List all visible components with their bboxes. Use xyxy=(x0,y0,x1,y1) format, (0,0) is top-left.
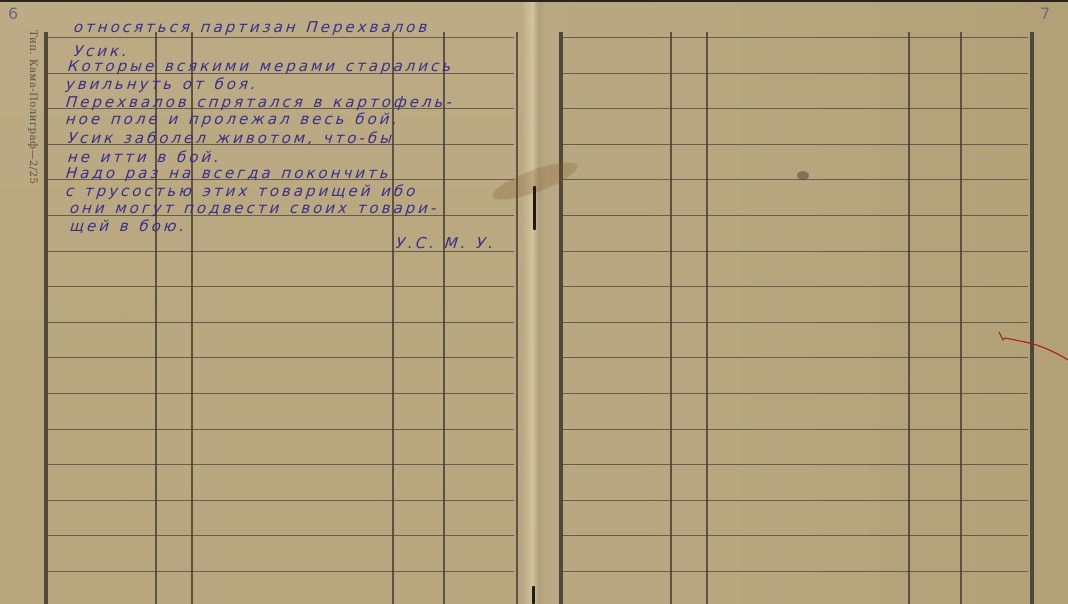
rule-row xyxy=(48,464,514,465)
rule-column xyxy=(516,32,518,604)
rule-column xyxy=(44,32,48,604)
rule-row xyxy=(563,251,1028,252)
rule-row xyxy=(563,179,1028,180)
rule-row xyxy=(563,322,1028,323)
rule-row xyxy=(48,500,514,501)
rule-row xyxy=(563,144,1028,145)
rule-row xyxy=(563,464,1028,465)
rule-row xyxy=(563,215,1028,216)
rule-row xyxy=(563,393,1028,394)
rule-row xyxy=(563,108,1028,109)
spot xyxy=(797,171,809,180)
handwritten-line-4: увильнуть от боя. xyxy=(65,75,260,93)
printer-imprint: Тип. Кама-Полиграф—2/25 xyxy=(27,30,38,184)
rule-row xyxy=(48,322,514,323)
top-edge xyxy=(0,0,1068,2)
rule-column xyxy=(1030,32,1034,604)
rule-row xyxy=(48,357,514,358)
rule-row xyxy=(48,37,514,38)
rule-column xyxy=(960,32,962,604)
staple-bottom xyxy=(532,586,535,604)
rule-row xyxy=(48,286,514,287)
handwritten-line-6: ное поле и пролежал весь бой. xyxy=(65,110,401,128)
rule-row xyxy=(563,535,1028,536)
page-number-left: 6 xyxy=(8,4,18,23)
handwritten-line-1: относяться партизан Перехвалов xyxy=(73,18,431,36)
rule-row xyxy=(563,429,1028,430)
rule-column xyxy=(706,32,708,604)
rule-row xyxy=(563,73,1028,74)
handwritten-line-7: Усик заболел животом, что-бы xyxy=(67,129,396,147)
rule-column xyxy=(670,32,672,604)
rule-column xyxy=(443,32,445,604)
handwritten-line-9: Надо раз на всегда покончить xyxy=(65,164,393,182)
rule-row xyxy=(563,37,1028,38)
handwritten-line-11: они могут подвести своих товари- xyxy=(69,199,440,217)
rule-row xyxy=(563,500,1028,501)
signature: У.С. М. У. xyxy=(395,234,497,252)
rule-row xyxy=(48,535,514,536)
rule-row xyxy=(563,357,1028,358)
rule-column xyxy=(908,32,910,604)
rule-row xyxy=(48,571,514,572)
rule-row xyxy=(563,571,1028,572)
rule-row xyxy=(48,429,514,430)
notebook-spine xyxy=(522,0,546,604)
red-pencil-mark xyxy=(995,330,1068,366)
rule-row xyxy=(48,393,514,394)
handwritten-line-12: щей в бою. xyxy=(69,217,188,235)
handwritten-line-10: с трусостью этих товарищей ибо xyxy=(65,182,419,200)
right-page xyxy=(534,0,1068,604)
rule-column xyxy=(559,32,563,604)
handwritten-line-3: Которые всякими мерами старались xyxy=(67,57,455,75)
handwritten-line-5: Перехвалов спрятался в картофель- xyxy=(65,93,456,111)
staple-top xyxy=(533,186,536,230)
rule-row xyxy=(563,286,1028,287)
page-number-right: 7 xyxy=(1040,4,1050,23)
